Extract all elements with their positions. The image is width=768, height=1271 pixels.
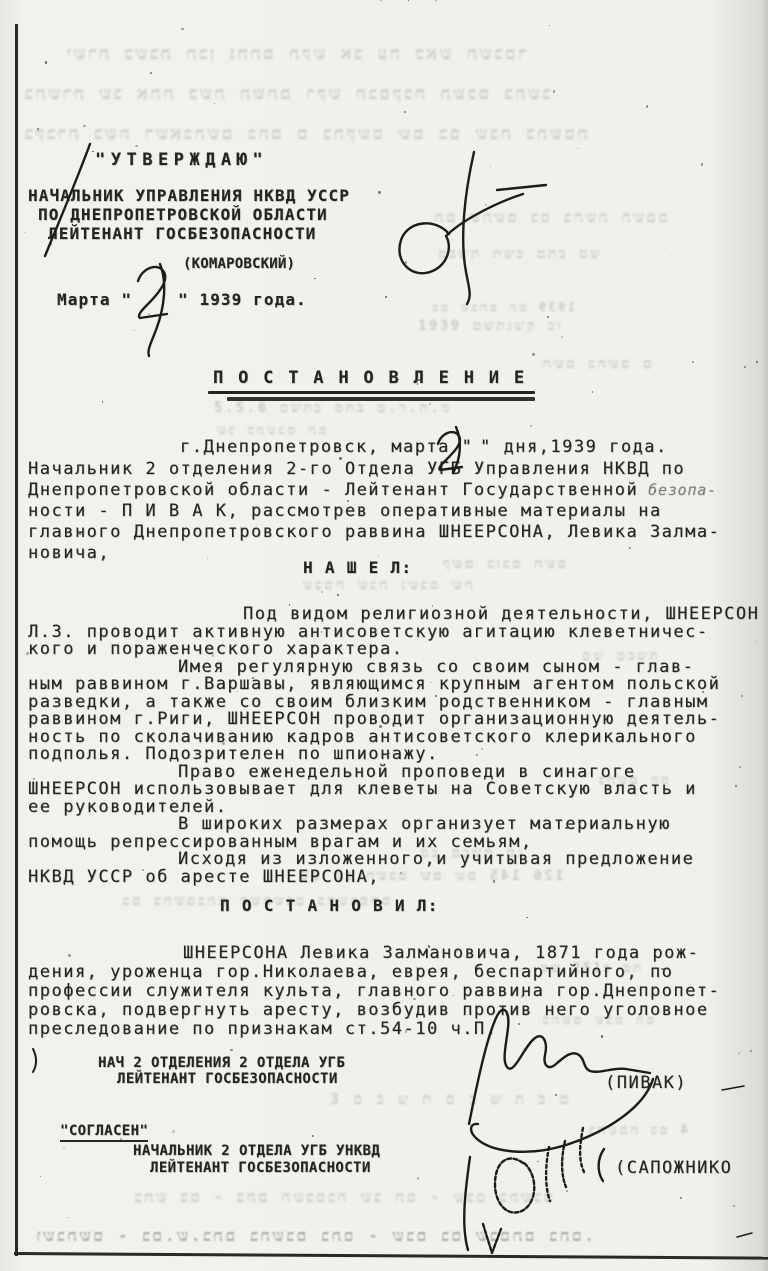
typed-line-approval: ПО ДНЕПРОПЕТРОВСКОЙ ОБЛАСТИ [38, 205, 328, 224]
typed-line-findings: ным раввином г.Варшавы, являющимся крупн… [28, 674, 720, 694]
typed-line-findings: Исходя из изложенного,и учитывая предлож… [178, 849, 694, 869]
typed-line-findings: Под видом религиозной деятельности, ШНЕЕ… [243, 604, 759, 624]
typed-line-approval: "УТВЕРЖДАЮ" [95, 150, 268, 170]
typed-line-findings: НКВД УССР об аресте ШНЕЕРСОНА, [28, 867, 380, 887]
typed-line-approval: ЛЕЙТЕНАНТ ГОСБЕЗОПАСНОСТИ [48, 224, 316, 243]
typed-line-found-heading: Н А Ш Е Л: [303, 558, 412, 577]
typed-text-layer: "УТВЕРЖДАЮ"НАЧАЛЬНИК УПРАВЛЕНИЯ НКВД УСС… [0, 0, 768, 1271]
title-underline [208, 391, 535, 394]
typed-line-decision: ровска, подвергнуть аресту, возбудив про… [28, 1000, 709, 1020]
typed-line-resolved-heading: П О С Т А Н О В И Л: [220, 896, 439, 915]
typed-line-findings: подполья. Подозрителен по шпионажу. [28, 744, 439, 764]
typed-line-approval: " 1939 года. [178, 290, 307, 309]
typed-line-decision: дения, уроженца гор.Николаева, еврея, бе… [28, 962, 673, 982]
typed-line-findings: раввином г.Риги, ШНЕЕРСОН проводит орган… [28, 709, 720, 729]
faded-typed-text: безопа- [638, 481, 717, 499]
typed-line-signature: (ПИВАК) [605, 1073, 687, 1093]
typed-line-dateline: " дня,1939 года. [480, 437, 668, 457]
typed-line-preamble: Днепропетровской области - Лейтенант Гос… [28, 480, 717, 500]
typed-line-decision: преследование по признакам ст.54-10 ч.П. [28, 1019, 497, 1039]
typed-line-title: П О С Т А Н О В Л Е Н И Е [213, 368, 526, 388]
typed-line-approval: НАЧАЛЬНИК УПРАВЛЕНИЯ НКВД УССР [28, 186, 350, 205]
typed-line-approval: (КОМАРОВСКИЙ) [183, 256, 295, 272]
typed-line-preamble: Начальник 2 отделения 2-го Отдела УГБ Уп… [28, 459, 685, 479]
typed-line-agreement: НАЧАЛЬНИК 2 ОТДЕЛА УГБ УНКВД [133, 1143, 380, 1159]
typed-line-agreement: (САПОЖНИКО [615, 1158, 732, 1178]
document-page: * * * ישרת כשבת תכן נתתם תקש אב עת כאש ת… [0, 0, 768, 1271]
typed-line-decision: профессии служителя культа, главного рав… [28, 981, 720, 1001]
typed-line-preamble: главного Днепропетровского раввина ШНЕЕР… [28, 522, 720, 542]
typed-line-agreement: "СОГЛАСЕН" [60, 1123, 148, 1142]
typed-line-dateline: г.Днепропетровск, марта " [180, 437, 473, 457]
typed-line-agreement: ЛЕЙТЕНАНТ ГОСБЕЗОПАСНОСТИ [150, 1160, 371, 1176]
typed-line-preamble: новича, [28, 543, 110, 563]
title-underline-2 [227, 397, 535, 401]
typed-line-findings: ШНЕЕРСОН использовывает для клеветы на С… [28, 779, 697, 799]
typed-line-decision: ШНЕЕРСОНА Левика Залмановича, 1871 года … [183, 943, 699, 963]
typed-line-findings: кого и пораженческого характера. [28, 639, 404, 659]
typed-line-findings: В широких размерах организует материальн… [178, 814, 671, 834]
typed-line-signature: ЛЕЙТЕНАНТ ГОСБЕЗОПАСНОСТИ [117, 1071, 338, 1087]
typed-line-signature: НАЧ 2 ОТДЕЛЕНИЯ 2 ОТДЕЛА УГБ [98, 1055, 345, 1071]
typed-line-preamble: ности - П И В А К, рассмотрев оперативны… [28, 501, 662, 521]
typed-line-approval: Марта " [57, 290, 132, 309]
